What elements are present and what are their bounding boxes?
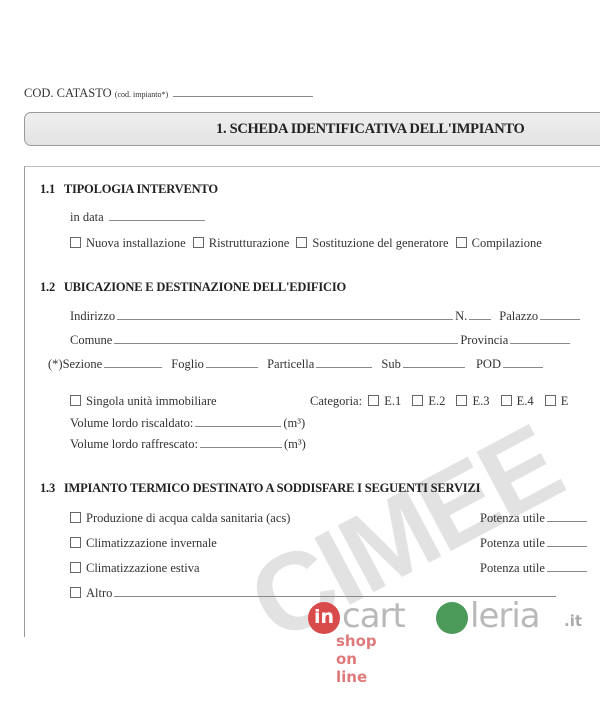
potenza-input[interactable]: [547, 545, 587, 547]
indirizzo-input[interactable]: [117, 318, 453, 320]
option-label: Sostituzione del generatore: [312, 236, 448, 250]
unit-label: (m³): [283, 416, 305, 430]
cat-e3[interactable]: E.3: [456, 394, 489, 408]
service-label: Climatizzazione invernale: [86, 536, 217, 550]
cat-e4[interactable]: E.4: [501, 394, 534, 408]
particella-label: Particella: [267, 357, 314, 371]
option-label: Compilazione: [472, 236, 542, 250]
option-sostituzione[interactable]: Sostituzione del generatore: [296, 236, 448, 250]
page-title: 1. SCHEDA IDENTIFICATIVA DELL'IMPIANTO: [216, 121, 524, 138]
cat-e5[interactable]: E: [545, 394, 569, 408]
cat-label: E.1: [384, 394, 401, 408]
date-input[interactable]: [109, 219, 205, 221]
particella-input[interactable]: [316, 366, 372, 368]
checkbox[interactable]: [193, 237, 204, 248]
vol-risc-input[interactable]: [195, 425, 281, 427]
pod-label: POD: [476, 357, 501, 371]
logo-word-cart: cart: [342, 596, 405, 636]
volume-raffrescato-row: Volume lordo raffrescato:(m³): [70, 437, 306, 452]
potenza-label: Potenza utile: [480, 536, 545, 550]
service-label: Climatizzazione estiva: [86, 561, 200, 575]
note-marker: (*): [48, 357, 63, 371]
volume-riscaldato-row: Volume lordo riscaldato:(m³): [70, 416, 305, 431]
cadastral-row: (*)Sezione Foglio Particella Sub POD: [48, 357, 545, 372]
flower-icon: [436, 602, 468, 634]
checkbox[interactable]: [70, 395, 81, 406]
potenza-acs: Potenza utile: [480, 511, 589, 526]
comune-label: Comune: [70, 333, 112, 347]
cat-e1[interactable]: E.1: [368, 394, 401, 408]
comune-input[interactable]: [114, 342, 458, 344]
service-estiva[interactable]: Climatizzazione estiva: [70, 561, 200, 576]
intervention-options: Nuova installazione Ristrutturazione Sos…: [70, 236, 542, 251]
pod-input[interactable]: [503, 366, 543, 368]
section-number: 1.2: [40, 280, 55, 294]
service-label: Altro: [86, 586, 112, 600]
sub-input[interactable]: [403, 366, 465, 368]
section-title: IMPIANTO TERMICO DESTINATO A SODDISFARE …: [64, 481, 480, 495]
service-acs[interactable]: Produzione di acqua calda sanitaria (acs…: [70, 511, 290, 526]
cat-label: E.2: [428, 394, 445, 408]
catasto-note: (cod. impianto*): [115, 90, 168, 99]
catasto-label: COD. CATASTO: [24, 86, 112, 100]
sezione-label: Sezione: [63, 357, 103, 371]
checkbox[interactable]: [70, 537, 81, 548]
section-title: TIPOLOGIA INTERVENTO: [64, 182, 218, 196]
catasto-input[interactable]: [173, 95, 313, 97]
address-row: IndirizzoN.Palazzo: [70, 309, 582, 324]
potenza-input[interactable]: [547, 570, 587, 572]
vol-raff-label: Volume lordo raffrescato:: [70, 437, 198, 451]
sezione-input[interactable]: [104, 366, 162, 368]
checkbox[interactable]: [501, 395, 512, 406]
checkbox[interactable]: [545, 395, 556, 406]
option-label: Nuova installazione: [86, 236, 186, 250]
checkbox[interactable]: [70, 512, 81, 523]
section-1-1-heading: 1.1 TIPOLOGIA INTERVENTO: [40, 182, 218, 197]
checkbox[interactable]: [70, 587, 81, 598]
section-number: 1.3: [40, 481, 55, 495]
foglio-input[interactable]: [206, 366, 258, 368]
date-label: in data: [70, 210, 104, 224]
option-ristrutturazione[interactable]: Ristrutturazione: [193, 236, 290, 250]
section-title: UBICAZIONE E DESTINAZIONE DELL'EDIFICIO: [64, 280, 346, 294]
cat-label: E.3: [472, 394, 489, 408]
option-compilazione[interactable]: Compilazione: [456, 236, 542, 250]
categoria-row: Categoria: E.1 E.2 E.3 E.4 E: [310, 394, 568, 409]
sub-label: Sub: [381, 357, 400, 371]
service-invernale[interactable]: Climatizzazione invernale: [70, 536, 217, 551]
vol-raff-input[interactable]: [200, 446, 282, 448]
foglio-label: Foglio: [171, 357, 204, 371]
provincia-input[interactable]: [510, 342, 570, 344]
comune-row: ComuneProvincia: [70, 333, 572, 348]
potenza-label: Potenza utile: [480, 561, 545, 575]
vol-risc-label: Volume lordo riscaldato:: [70, 416, 193, 430]
option-nuova[interactable]: Nuova installazione: [70, 236, 186, 250]
unit-label: (m³): [284, 437, 306, 451]
service-label: Produzione di acqua calda sanitaria (acs…: [86, 511, 290, 525]
potenza-invernale: Potenza utile: [480, 536, 589, 551]
palazzo-input[interactable]: [540, 318, 580, 320]
checkbox[interactable]: [456, 237, 467, 248]
potenza-input[interactable]: [547, 520, 587, 522]
section-number: 1.1: [40, 182, 55, 196]
n-label: N.: [455, 309, 467, 323]
potenza-label: Potenza utile: [480, 511, 545, 525]
logo-tld: .it: [564, 612, 582, 630]
checkbox[interactable]: [368, 395, 379, 406]
option-label: Ristrutturazione: [209, 236, 290, 250]
logo-in-badge: in: [308, 602, 340, 634]
checkbox[interactable]: [296, 237, 307, 248]
logo-tagline: shop on line: [336, 632, 377, 686]
palazzo-label: Palazzo: [499, 309, 538, 323]
singola-label: Singola unità immobiliare: [86, 394, 217, 408]
checkbox[interactable]: [456, 395, 467, 406]
date-field: in data: [70, 210, 207, 225]
categoria-label: Categoria:: [310, 394, 362, 408]
n-input[interactable]: [469, 318, 491, 320]
singola-unita[interactable]: Singola unità immobiliare: [70, 394, 217, 409]
checkbox[interactable]: [70, 562, 81, 573]
checkbox[interactable]: [412, 395, 423, 406]
logo-word-leria: leria: [470, 596, 540, 636]
cat-label: E.4: [517, 394, 534, 408]
catasto-field: COD. CATASTO (cod. impianto*): [24, 86, 315, 101]
provincia-label: Provincia: [460, 333, 508, 347]
indirizzo-label: Indirizzo: [70, 309, 115, 323]
section-1-3-heading: 1.3 IMPIANTO TERMICO DESTINATO A SODDISF…: [40, 481, 480, 496]
section-1-2-heading: 1.2 UBICAZIONE E DESTINAZIONE DELL'EDIFI…: [40, 280, 346, 295]
cat-e2[interactable]: E.2: [412, 394, 445, 408]
checkbox[interactable]: [70, 237, 81, 248]
potenza-estiva: Potenza utile: [480, 561, 589, 576]
cat-label: E: [561, 394, 569, 408]
